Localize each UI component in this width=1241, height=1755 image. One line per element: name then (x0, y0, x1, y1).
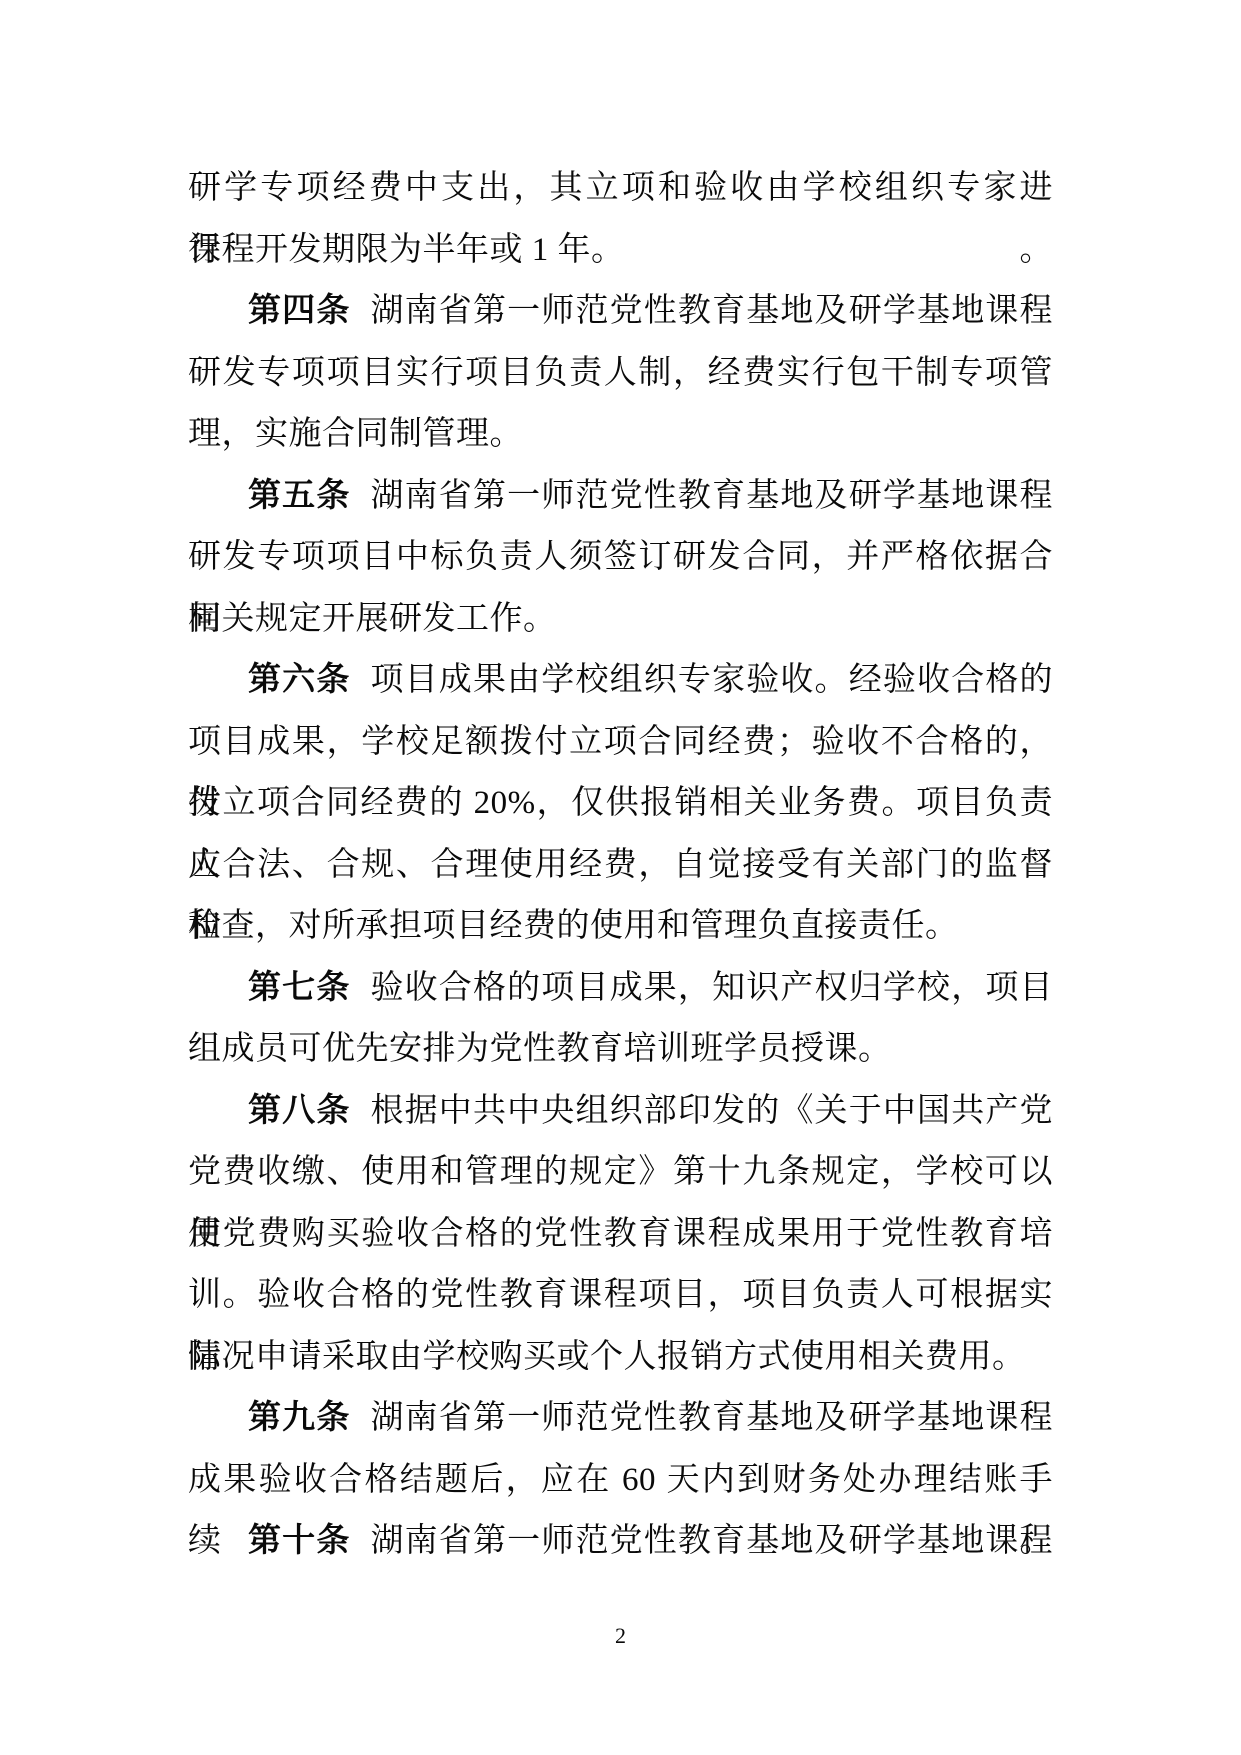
document-line-article-4: 第四条湖南省第一师范党性教育基地及研学基地课程 (188, 281, 1053, 343)
line-text: 湖南省第一师范党性教育基地及研学基地课程 (370, 293, 1053, 329)
article-label: 第九条 (248, 1400, 350, 1436)
page-number: 2 (0, 1622, 1241, 1650)
article-label: 第六条 (248, 662, 350, 698)
document-line-article-6: 第六条项目成果由学校组织专家验收。经验收合格的 (188, 650, 1053, 712)
document-line-article-10: 第十条湖南省第一师范党性教育基地及研学基地课程 (188, 1511, 1053, 1573)
document-line: 项目成果，学校足额拨付立项合同经费；验收不合格的，拨 (188, 712, 1053, 774)
document-line: 理，实施合同制管理。 (188, 404, 1053, 466)
line-text: 验收合格的项目成果，知识产权归学校，项目 (370, 970, 1053, 1006)
line-text: 湖南省第一师范党性教育基地及研学基地课程 (370, 1400, 1053, 1436)
document-line: 组成员可优先安排为党性教育培训班学员授课。 (188, 1019, 1053, 1081)
document-line: 检查，对所承担项目经费的使用和管理负直接责任。 (188, 896, 1053, 958)
article-label: 第八条 (248, 1093, 350, 1129)
document-line: 党费收缴、使用和管理的规定》第十九条规定，学校可以使 (188, 1142, 1053, 1204)
document-line-article-8: 第八条根据中共中央组织部印发的《关于中国共产党 (188, 1081, 1053, 1143)
document-line: 研学专项经费中支出，其立项和验收由学校组织专家进行。 (188, 158, 1053, 220)
line-text: 项目成果由学校组织专家验收。经验收合格的 (370, 662, 1053, 698)
document-page: 研学专项经费中支出，其立项和验收由学校组织专家进行。 课程开发期限为半年或 1 … (0, 0, 1241, 1755)
article-label: 第七条 (248, 970, 350, 1006)
document-line: 用党费购买验收合格的党性教育课程成果用于党性教育培 (188, 1204, 1053, 1266)
document-line-article-5: 第五条湖南省第一师范党性教育基地及研学基地课程 (188, 466, 1053, 528)
document-line: 情况申请采取由学校购买或个人报销方式使用相关费用。 (188, 1327, 1053, 1389)
article-label: 第四条 (248, 293, 350, 329)
document-line-article-9: 第九条湖南省第一师范党性教育基地及研学基地课程 (188, 1388, 1053, 1450)
document-line: 应合法、合规、合理使用经费，自觉接受有关部门的监督和 (188, 835, 1053, 897)
line-text: 湖南省第一师范党性教育基地及研学基地课程 (370, 478, 1053, 514)
document-line: 训。验收合格的党性教育课程项目，项目负责人可根据实际 (188, 1265, 1053, 1327)
document-line: 研发专项项目中标负责人须签订研发合同，并严格依据合同 (188, 527, 1053, 589)
document-line: 研发专项项目实行项目负责人制，经费实行包干制专项管 (188, 343, 1053, 405)
document-line-article-7: 第七条验收合格的项目成果，知识产权归学校，项目 (188, 958, 1053, 1020)
document-body: 研学专项经费中支出，其立项和验收由学校组织专家进行。 课程开发期限为半年或 1 … (188, 158, 1053, 1573)
line-text: 湖南省第一师范党性教育基地及研学基地课程 (370, 1523, 1053, 1559)
line-text: 根据中共中央组织部印发的《关于中国共产党 (370, 1093, 1053, 1129)
article-label: 第十条 (248, 1523, 350, 1559)
document-line: 付立项合同经费的 20%，仅供报销相关业务费。项目负责人 (188, 773, 1053, 835)
article-label: 第五条 (248, 478, 350, 514)
document-line: 相关规定开展研发工作。 (188, 589, 1053, 651)
document-line: 成果验收合格结题后，应在 60 天内到财务处办理结账手续。 (188, 1450, 1053, 1512)
